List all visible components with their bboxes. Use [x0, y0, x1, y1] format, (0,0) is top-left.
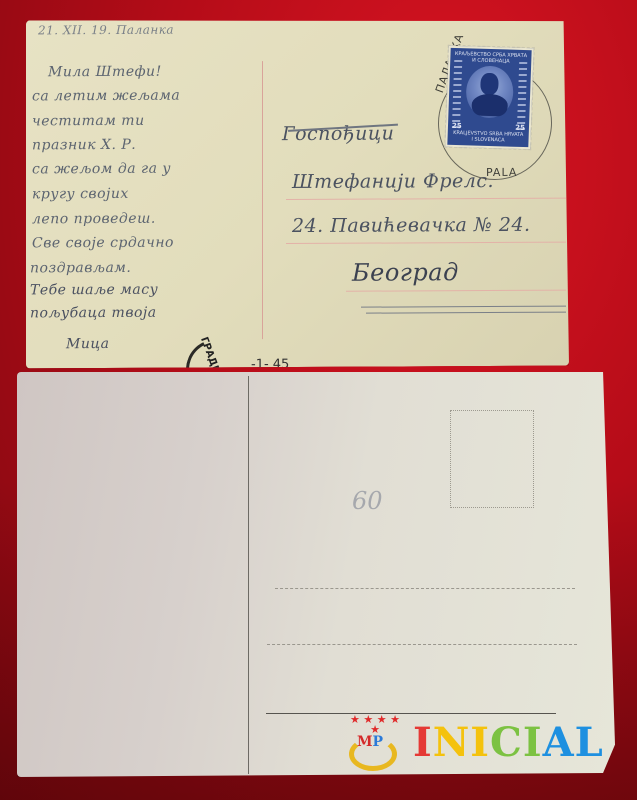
address-rule [286, 242, 566, 244]
wordmark-letter: A [543, 719, 575, 766]
address-rule [275, 588, 575, 589]
postcard-written-side: 21. XII. 19. Паланка Мила Штефи! са лети… [26, 18, 569, 369]
underline-stroke [366, 312, 566, 314]
message-line: са жељом да га у [32, 161, 171, 178]
stamp-bottom-text: KRALJEVSTVO SRBA HRVATA I SLOVENACA [451, 130, 524, 144]
stamp-placeholder-box [450, 410, 534, 508]
mp-emblem-logo: ★ ★ ★ ★ ★ MP [345, 715, 405, 775]
address-name: Штефанији Фрелс. [292, 170, 494, 193]
message-line: са летим жељама [32, 88, 180, 105]
stamp-ornament [452, 60, 462, 131]
wordmark-letter: I [413, 719, 433, 766]
stamp-portrait [465, 65, 514, 118]
portrait-shoulders [471, 93, 508, 116]
stamp-top-text: КРАЉЕВСТВО СРБА ХРВАТА И СЛОВЕНАЦА [454, 51, 527, 65]
message-line: пољубаца твоја [30, 305, 157, 322]
inicial-watermark: ★ ★ ★ ★ ★ MP INICIAL [345, 715, 615, 775]
address-rule [286, 198, 566, 200]
emblem-letter-p: P [373, 734, 384, 750]
emblem-letter-m: M [357, 734, 373, 750]
pencil-price-note: 60 [352, 487, 383, 515]
address-rule [266, 713, 556, 714]
stamp-value: 25 [452, 122, 462, 130]
message-line: кругу својих [32, 186, 129, 203]
postage-stamp: КРАЉЕВСТВО СРБА ХРВАТА И СЛОВЕНАЦА 25 25… [445, 46, 533, 149]
message-line: Све своје срдачно [32, 235, 174, 252]
wordmark-letter: N [433, 719, 471, 766]
stamp-ornament [517, 62, 527, 133]
card-divider-line [248, 376, 249, 774]
date-heading: 21. XII. 19. Паланка [38, 23, 174, 38]
wordmark-letter: C [490, 719, 523, 766]
address-rule [346, 290, 566, 292]
emblem-letters: MP [357, 734, 383, 750]
postmark-text: PALA [486, 166, 517, 179]
address-city: Београд [352, 258, 459, 287]
message-line: честитам ти [32, 113, 145, 130]
wordmark-letter: I [470, 719, 490, 766]
message-line: поздрављам. [30, 260, 131, 277]
message-line: Мила Штефи! [48, 64, 162, 81]
card-divider-line [262, 61, 263, 339]
wordmark-letter: L [575, 719, 604, 766]
watermark-wordmark: INICIAL [413, 719, 604, 767]
underline-stroke [361, 306, 566, 308]
wordmark-letter: I [523, 719, 543, 766]
signature: Мица [66, 336, 109, 352]
stamp-value: 25 [515, 124, 525, 132]
stars-icon: ★ ★ ★ ★ ★ [349, 715, 401, 735]
portrait-head [480, 73, 499, 96]
address-street: 24. Павићевачка № 24. [292, 214, 531, 237]
message-line: лепо проведеш. [32, 211, 156, 228]
address-rule [267, 644, 577, 645]
message-line: празник Х. Р. [32, 137, 136, 154]
message-line: Тебе шаље масу [30, 282, 158, 299]
